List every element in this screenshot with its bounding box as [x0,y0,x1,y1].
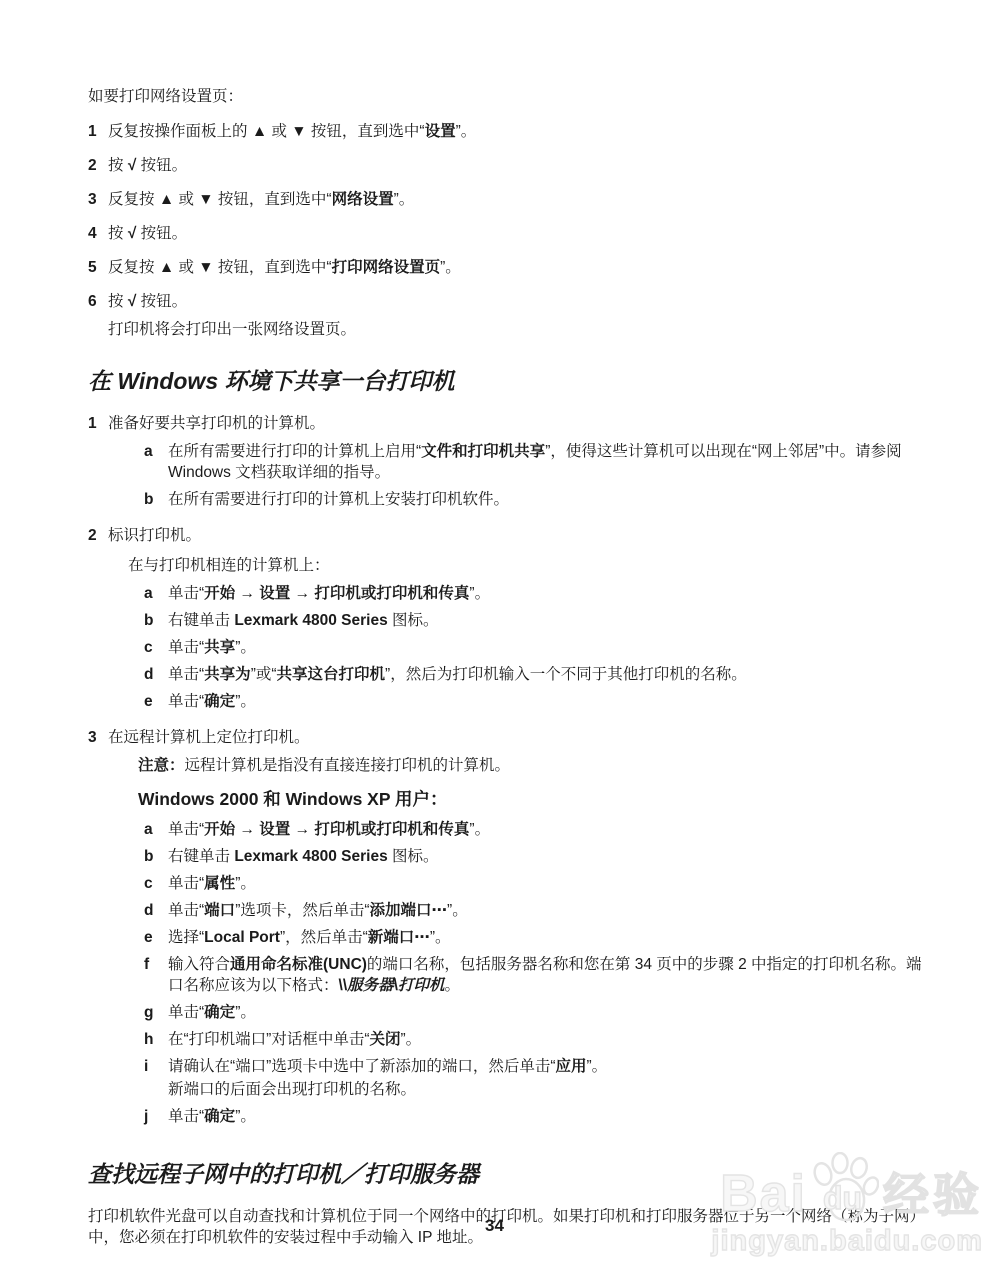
substep-letter: h [144,1029,168,1050]
substep-letter: c [144,637,168,658]
step-text: 准备好要共享打印机的计算机。 [108,413,933,434]
substep-text: 单击“开始 → 设置 → 打印机或打印机和传真”。 [168,583,933,604]
step-number: 2 [88,155,108,176]
lettered-substeps: a 单击“开始 → 设置 → 打印机或打印机和传真”。 b 右键单击 Lexma… [144,583,933,712]
substep-text: 单击“共享为”或“共享这台打印机”，然后为打印机输入一个不同于其他打印机的名称。 [168,664,933,685]
substep-text: 请确认在“端口”选项卡中选中了新添加的端口，然后单击“应用”。 [168,1058,607,1075]
substep-text: 单击“共享”。 [168,637,933,658]
substep: d 单击“共享为”或“共享这台打印机”，然后为打印机输入一个不同于其他打印机的名… [144,664,933,685]
substep-text: 单击“开始 → 设置 → 打印机或打印机和传真”。 [168,819,933,840]
page-content: 如要打印网络设置页： 1 反复按操作面板上的 ▲ 或 ▼ 按钮，直到选中“设置”… [88,86,933,1248]
step-number: 4 [88,223,108,244]
step: 1 准备好要共享打印机的计算机。 a 在所有需要进行打印的计算机上启用“文件和打… [88,413,933,516]
step-number: 1 [88,413,108,516]
watermark-url: jingyan.baidu.com [711,1224,983,1258]
substep-letter: g [144,1002,168,1023]
step: 5 反复按 ▲ 或 ▼ 按钮，直到选中“打印网络设置页”。 [88,257,933,278]
substep: b 右键单击 Lexmark 4800 Series 图标。 [144,610,933,631]
substep-text: 选择“Local Port”，然后单击“新端口⋯”。 [168,927,933,948]
substep-letter: j [144,1106,168,1127]
baidu-watermark: Bai du 经验 jingyan.baidu.com [711,1152,983,1258]
substep-text: 单击“端口”选项卡，然后单击“添加端口⋯”。 [168,900,933,921]
step-text: 按 √ 按钮。 [108,155,933,176]
substep: a 单击“开始 → 设置 → 打印机或打印机和传真”。 [144,819,933,840]
numbered-steps-print-network-page: 1 反复按操作面板上的 ▲ 或 ▼ 按钮，直到选中“设置”。 2 按 √ 按钮。… [88,121,933,340]
substep-text: 单击“确定”。 [168,1002,933,1023]
step-text: 按 √ 按钮。 [108,223,933,244]
substep: e 单击“确定”。 [144,691,933,712]
substep-text: 输入符合通用命名标准(UNC)的端口名称，包括服务器名称和您在第 34 页中的步… [168,954,933,996]
substep-letter: e [144,927,168,948]
substep-text: 右键单击 Lexmark 4800 Series 图标。 [168,846,933,867]
substep-text: 单击“确定”。 [168,1106,933,1127]
sub-heading-windows-users: Windows 2000 和 Windows XP 用户： [138,789,933,810]
step-text: 反复按 ▲ 或 ▼ 按钮，直到选中“打印网络设置页”。 [108,257,933,278]
step-text: 反复按 ▲ 或 ▼ 按钮，直到选中“网络设置”。 [108,189,933,210]
substep-body: 请确认在“端口”选项卡中选中了新添加的端口，然后单击“应用”。 新端口的后面会出… [168,1056,933,1100]
substep: c 单击“属性”。 [144,873,933,894]
step-text: 反复按操作面板上的 ▲ 或 ▼ 按钮，直到选中“设置”。 [108,121,933,142]
substep-text: 在所有需要进行打印的计算机上安装打印机软件。 [168,489,933,510]
lettered-substeps: a 在所有需要进行打印的计算机上启用“文件和打印机共享”，使得这些计算机可以出现… [144,441,933,510]
substep-text: 单击“属性”。 [168,873,933,894]
substep-letter: a [144,583,168,604]
step-number: 3 [88,189,108,210]
step-number: 3 [88,727,108,1133]
substep-letter: d [144,900,168,921]
step-text: 按 √ 按钮。 [108,291,933,312]
substep: a 在所有需要进行打印的计算机上启用“文件和打印机共享”，使得这些计算机可以出现… [144,441,933,483]
lettered-substeps: a 单击“开始 → 设置 → 打印机或打印机和传真”。 b 右键单击 Lexma… [144,819,933,1127]
substep-text: 在所有需要进行打印的计算机上启用“文件和打印机共享”，使得这些计算机可以出现在“… [168,441,933,483]
step: 2 标识打印机。 在与打印机相连的计算机上： a 单击“开始 → 设置 → 打印… [88,525,933,718]
step: 1 反复按操作面板上的 ▲ 或 ▼ 按钮，直到选中“设置”。 [88,121,933,142]
substep-text: 在“打印机端口”对话框中单击“关闭”。 [168,1029,933,1050]
substep-letter: b [144,489,168,510]
substep: b 在所有需要进行打印的计算机上安装打印机软件。 [144,489,933,510]
step: 3 在远程计算机上定位打印机。 注意：远程计算机是指没有直接连接打印机的计算机。… [88,727,933,1133]
baidu-logo-text: Bai [720,1168,807,1220]
substep-letter: a [144,819,168,840]
substep-letter: a [144,441,168,483]
substep: h 在“打印机端口”对话框中单击“关闭”。 [144,1029,933,1050]
substep-letter: c [144,873,168,894]
substep-letter: b [144,846,168,867]
substep-letter: b [144,610,168,631]
intro-line: 如要打印网络设置页： [88,86,933,107]
lead-line: 在与打印机相连的计算机上： [128,555,933,576]
substep: g 单击“确定”。 [144,1002,933,1023]
baidu-paw-icon: du [809,1152,879,1224]
substep: j 单击“确定”。 [144,1106,933,1127]
substep-text: 单击“确定”。 [168,691,933,712]
step-body: 准备好要共享打印机的计算机。 a 在所有需要进行打印的计算机上启用“文件和打印机… [108,413,933,516]
step-body: 在远程计算机上定位打印机。 注意：远程计算机是指没有直接连接打印机的计算机。 W… [108,727,933,1133]
substep: b 右键单击 Lexmark 4800 Series 图标。 [144,846,933,867]
note-line: 注意：远程计算机是指没有直接连接打印机的计算机。 [138,755,933,776]
step-number: 5 [88,257,108,278]
step: 4 按 √ 按钮。 [88,223,933,244]
substep-letter: e [144,691,168,712]
watermark-logo-row: Bai du 经验 [711,1152,983,1220]
step-number: 2 [88,525,108,718]
step-body: 标识打印机。 在与打印机相连的计算机上： a 单击“开始 → 设置 → 打印机或… [108,525,933,718]
step: 6 按 √ 按钮。 [88,291,933,312]
substep-text: 右键单击 Lexmark 4800 Series 图标。 [168,610,933,631]
step-number: 1 [88,121,108,142]
step: 2 按 √ 按钮。 [88,155,933,176]
step-text: 在远程计算机上定位打印机。 [108,727,933,748]
jingyan-logo-text: 经验 [883,1170,983,1220]
substep-letter: f [144,954,168,996]
step-text: 标识打印机。 [108,525,933,546]
substep-letter: d [144,664,168,685]
substep: i 请确认在“端口”选项卡中选中了新添加的端口，然后单击“应用”。 新端口的后面… [144,1056,933,1100]
baidu-logo-du-text: du [823,1182,862,1214]
substep: f 输入符合通用命名标准(UNC)的端口名称，包括服务器名称和您在第 34 页中… [144,954,933,996]
substep-after-line: 新端口的后面会出现打印机的名称。 [168,1079,933,1100]
section-title-share-printer: 在 Windows 环境下共享一台打印机 [88,366,933,396]
numbered-steps-share-printer: 1 准备好要共享打印机的计算机。 a 在所有需要进行打印的计算机上启用“文件和打… [88,413,933,1133]
substep-letter: i [144,1056,168,1100]
substep: e 选择“Local Port”，然后单击“新端口⋯”。 [144,927,933,948]
substep: a 单击“开始 → 设置 → 打印机或打印机和传真”。 [144,583,933,604]
substep: d 单击“端口”选项卡，然后单击“添加端口⋯”。 [144,900,933,921]
step: 3 反复按 ▲ 或 ▼ 按钮，直到选中“网络设置”。 [88,189,933,210]
result-line: 打印机将会打印出一张网络设置页。 [108,319,933,340]
substep: c 单击“共享”。 [144,637,933,658]
step-number: 6 [88,291,108,312]
